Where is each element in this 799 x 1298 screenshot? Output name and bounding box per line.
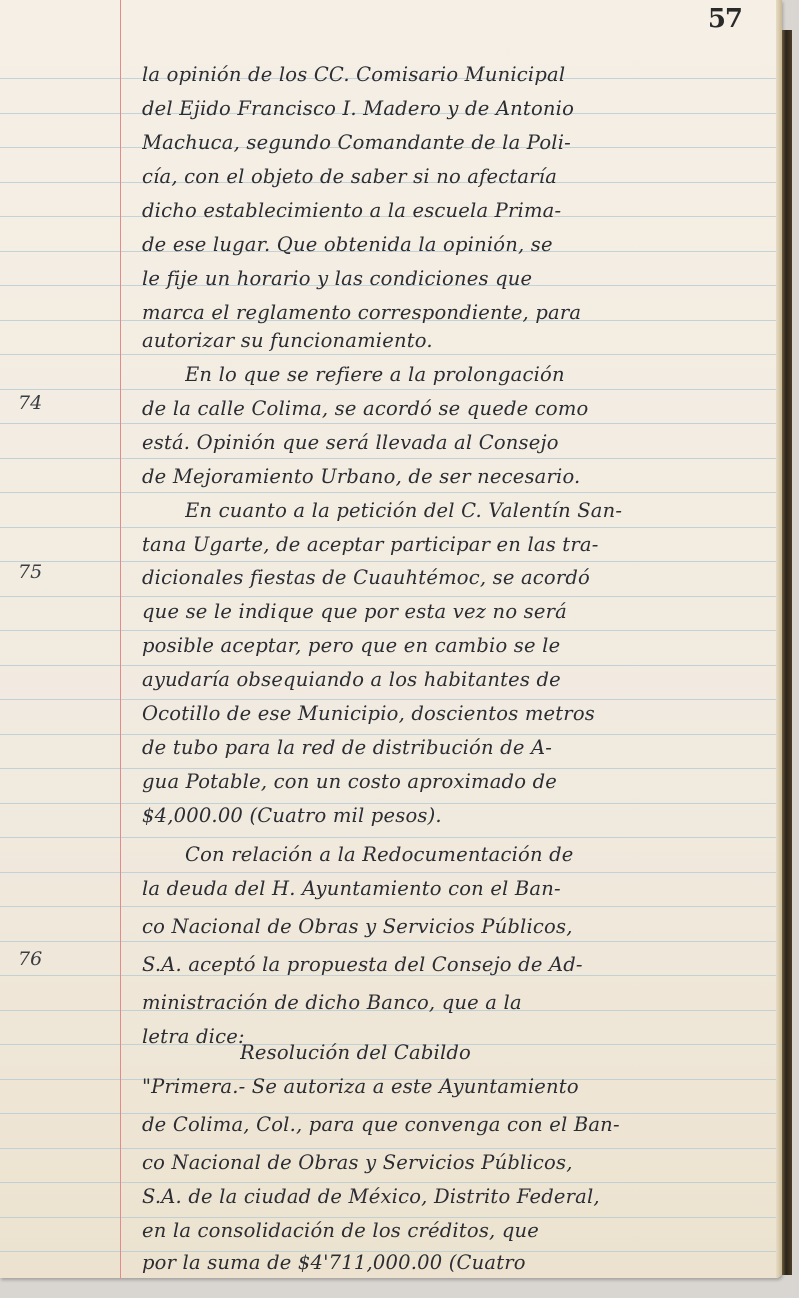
text-line: de ese lugar. Que obtenida la opinión, s…: [142, 228, 772, 262]
page-number: 57: [708, 4, 742, 34]
text-line: ministración de dicho Banco, que a la: [142, 986, 772, 1020]
text-line: le fije un horario y las condiciones que: [142, 262, 772, 296]
text-line: que se le indique que por esta vez no se…: [142, 595, 772, 629]
text-line: Machuca, segundo Comandante de la Poli-: [142, 126, 772, 160]
text-line: de Colima, Col., para que convenga con e…: [142, 1108, 772, 1142]
text-line: tana Ugarte, de aceptar participar en la…: [142, 528, 772, 562]
text-line: dicho establecimiento a la escuela Prima…: [142, 194, 772, 228]
text-line: la deuda del H. Ayuntamiento con el Ban-: [142, 872, 772, 906]
section-heading: Resolución del Cabildo: [240, 1036, 740, 1070]
text-line: ayudaría obsequiando a los habitantes de: [142, 663, 772, 697]
entry-number-75: 75: [18, 561, 42, 583]
red-margin-line: [120, 0, 121, 1278]
text-line: por la suma de $4'711,000.00 (Cuatro: [142, 1246, 772, 1278]
text-line: "Primera.- Se autoriza a este Ayuntamien…: [142, 1070, 772, 1104]
text-line: posible aceptar, pero que en cambio se l…: [142, 629, 772, 663]
text-line: En lo que se refiere a la prolongación: [185, 358, 773, 392]
book-spine: [782, 30, 792, 1275]
text-line: cía, con el objeto de saber si no afecta…: [142, 160, 772, 194]
text-line: del Ejido Francisco I. Madero y de Anton…: [142, 92, 772, 126]
text-line: co Nacional de Obras y Servicios Público…: [142, 1146, 772, 1180]
text-line: Ocotillo de ese Municipio, doscientos me…: [142, 697, 772, 731]
text-line: S.A. aceptó la propuesta del Consejo de …: [142, 948, 772, 982]
text-line: En cuanto a la petición del C. Valentín …: [185, 494, 773, 528]
text-line: está. Opinión que será llevada al Consej…: [142, 426, 772, 460]
rule-line: [0, 906, 776, 907]
text-line: dicionales fiestas de Cuauhtémoc, se aco…: [142, 561, 772, 595]
text-line: co Nacional de Obras y Servicios Público…: [142, 910, 772, 944]
text-line: de Mejoramiento Urbano, de ser necesario…: [142, 460, 772, 494]
text-line: de tubo para la red de distribución de A…: [142, 731, 772, 765]
text-line: autorizar su funcionamiento.: [142, 324, 772, 358]
text-line: $4,000.00 (Cuatro mil pesos).: [142, 799, 772, 833]
text-line: en la consolidación de los créditos, que: [142, 1214, 772, 1248]
text-line: gua Potable, con un costo aproximado de: [142, 765, 772, 799]
entry-number-74: 74: [18, 392, 42, 414]
text-line: la opinión de los CC. Comisario Municipa…: [142, 58, 772, 92]
ledger-page: 57 74 75 76 la opinión de los CC. Comisa…: [0, 0, 782, 1278]
entry-number-76: 76: [18, 948, 42, 970]
text-line: de la calle Colima, se acordó se quede c…: [142, 392, 772, 426]
text-line: S.A. de la ciudad de México, Distrito Fe…: [142, 1180, 772, 1214]
text-line: Con relación a la Redocumentación de: [185, 838, 773, 872]
